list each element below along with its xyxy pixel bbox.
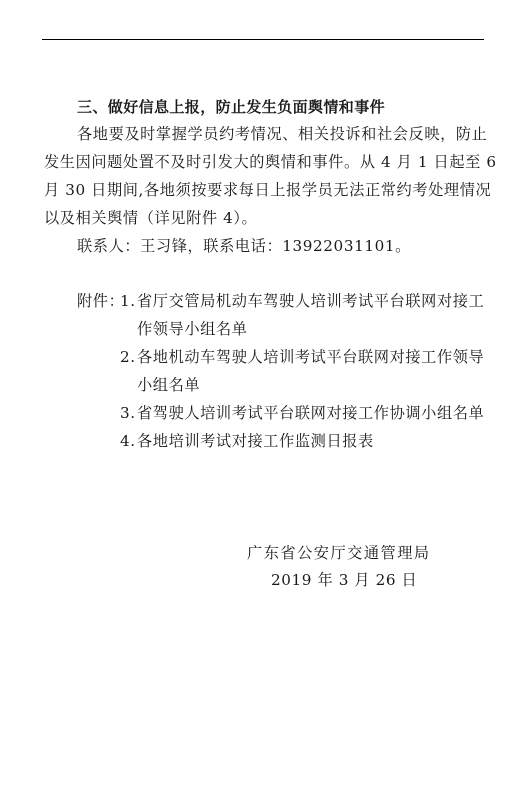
attachment-4-number: 4. <box>120 431 136 451</box>
attachments-label: 附件： <box>77 291 124 311</box>
attachment-1-line-2: 作领导小组名单 <box>137 319 248 339</box>
paragraph-line-2: 发生因问题处置不及时引发大的舆情和事件。从 4 月 1 日起至 6 <box>44 152 484 172</box>
paragraph-line-3: 月 30 日期间,各地须按要求每日上报学员无法正常约考处理情况 <box>44 180 484 200</box>
attachment-2-number: 2. <box>120 347 136 367</box>
attachment-2-line-1: 各地机动车驾驶人培训考试平台联网对接工作领导 <box>137 347 484 367</box>
section-heading: 三、做好信息上报，防止发生负面舆情和事件 <box>77 97 385 117</box>
contact-line: 联系人：王习锋，联系电话：13922031101。 <box>77 236 411 256</box>
attachment-1-line-1: 省厅交管局机动车驾驶人培训考试平台联网对接工 <box>137 291 484 311</box>
paragraph-line-4: 以及相关舆情（详见附件 4）。 <box>44 208 257 228</box>
signature-date: 2019 年 3 月 26 日 <box>271 570 417 590</box>
paragraph-line-1: 各地要及时掌握学员约考情况、相关投诉和社会反映，防止 <box>77 124 484 144</box>
attachment-1-number: 1. <box>120 291 136 311</box>
header-rule <box>42 39 484 40</box>
signature-organization: 广东省公安厅交通管理局 <box>247 543 431 563</box>
attachment-2-line-2: 小组名单 <box>137 375 200 395</box>
attachment-4-line-1: 各地培训考试对接工作监测日报表 <box>137 431 374 451</box>
attachment-3-number: 3. <box>120 403 136 423</box>
attachment-3-line-1: 省驾驶人培训考试平台联网对接工作协调小组名单 <box>137 403 484 423</box>
